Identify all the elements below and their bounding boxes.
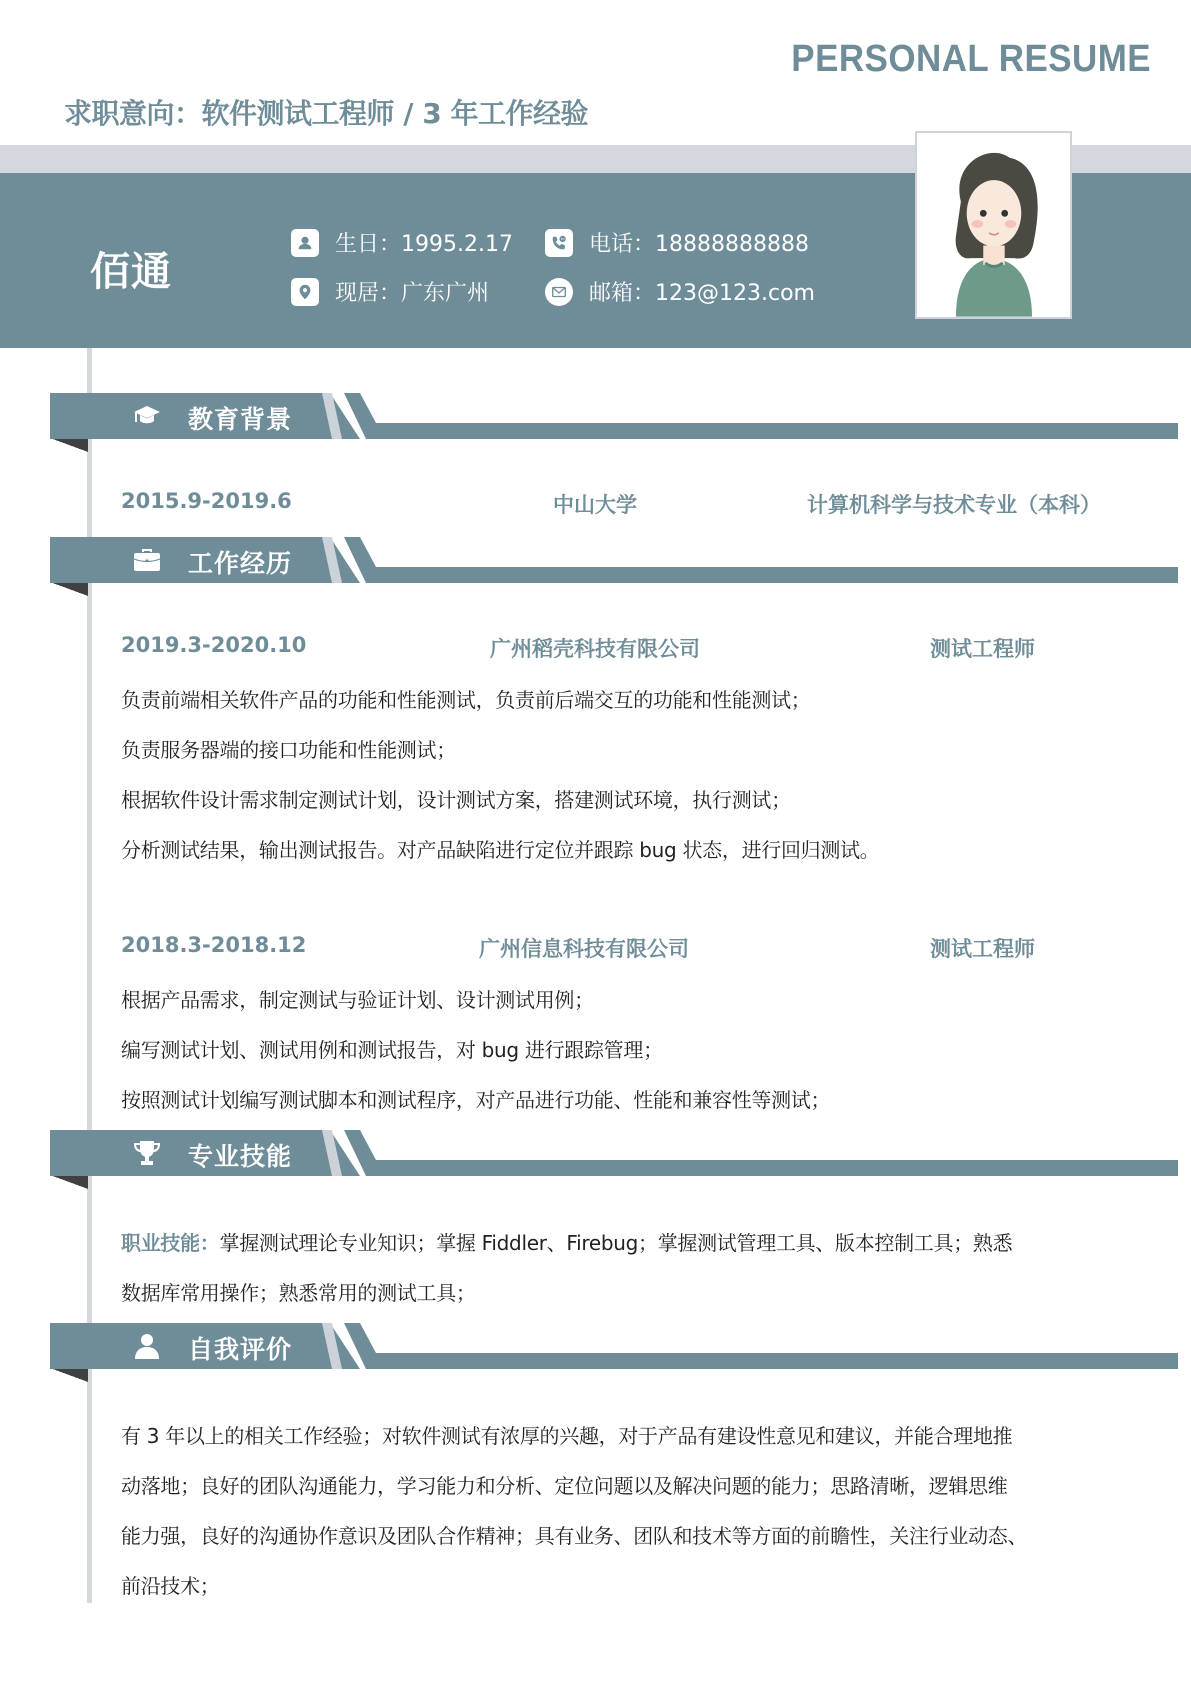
job-company: 广州信息科技有限公司 xyxy=(479,933,689,963)
birthday-text: 生日：1995.2.17 xyxy=(335,227,513,258)
job-duty: 分析测试结果，输出测试报告。对产品缺陷进行定位并跟踪 bug 状态，进行回归测试… xyxy=(121,834,879,863)
phone-icon xyxy=(545,229,573,257)
trophy-icon xyxy=(132,1139,162,1167)
job-role: 测试工程师 xyxy=(930,933,1035,963)
graduation-cap-icon xyxy=(132,402,162,430)
section-rule xyxy=(410,423,1178,439)
section-rule xyxy=(410,567,1178,583)
ribbon-fold xyxy=(50,438,88,452)
self-eval-line: 有 3 年以上的相关工作经验；对软件测试有浓厚的兴趣，对于产品有建设性意见和建议… xyxy=(121,1420,1012,1449)
envelope-icon xyxy=(545,278,573,306)
residence-text: 现居：广东广州 xyxy=(335,276,489,307)
candidate-name: 佰通 xyxy=(90,240,172,297)
education-major: 计算机科学与技术专业（本科） xyxy=(807,489,1101,519)
profile-photo xyxy=(915,131,1072,319)
job-duty: 负责前端相关软件产品的功能和性能测试，负责前后端交互的功能和性能测试； xyxy=(121,684,811,713)
section-rule xyxy=(410,1353,1178,1369)
briefcase-icon xyxy=(132,546,162,574)
job-duty: 按照测试计划编写测试脚本和测试程序，对产品进行功能、性能和兼容性等测试； xyxy=(121,1084,830,1113)
self-eval-line: 动落地；良好的团队沟通能力，学习能力和分析、定位问题以及解决问题的能力；思路清晰… xyxy=(121,1470,1008,1499)
education-period: 2015.9-2019.6 xyxy=(121,489,292,513)
ribbon-fold xyxy=(50,1175,88,1189)
job-duty: 编写测试计划、测试用例和测试报告，对 bug 进行跟踪管理； xyxy=(121,1034,663,1063)
skills-text: 掌握测试理论专业知识；掌握 Fiddler、Firebug；掌握测试管理工具、版… xyxy=(220,1231,1013,1255)
section-header-work: 工作经历 xyxy=(50,537,1130,607)
section-rule xyxy=(410,1160,1178,1176)
info-phone: 电话：18888888888 xyxy=(545,227,809,258)
ribbon-fold xyxy=(50,582,88,596)
skills-line-1: 职业技能：掌握测试理论专业知识；掌握 Fiddler、Firebug；掌握测试管… xyxy=(121,1227,1012,1256)
info-birthday: 生日：1995.2.17 xyxy=(291,227,513,258)
skills-label: 职业技能： xyxy=(121,1231,220,1255)
brand-title: PERSONAL RESUME xyxy=(791,38,1151,81)
phone-text: 电话：18888888888 xyxy=(589,227,809,258)
job-role: 测试工程师 xyxy=(930,633,1035,663)
info-email: 邮箱：123@123.com xyxy=(545,276,815,307)
location-pin-icon xyxy=(291,278,319,306)
job-duty: 负责服务器端的接口功能和性能测试； xyxy=(121,734,456,763)
info-residence: 现居：广东广州 xyxy=(291,276,489,307)
section-header-education: 教育背景 xyxy=(50,393,1130,463)
job-company: 广州稻壳科技有限公司 xyxy=(490,633,700,663)
job-period: 2019.3-2020.10 xyxy=(121,633,306,657)
section-title: 工作经历 xyxy=(188,544,292,580)
self-eval-line: 能力强，良好的沟通协作意识及团队合作精神；具有业务、团队和技术等方面的前瞻性，关… xyxy=(121,1520,1027,1549)
education-school: 中山大学 xyxy=(553,489,637,519)
self-eval-line: 前沿技术； xyxy=(121,1570,220,1599)
ribbon-fold xyxy=(50,1368,88,1382)
avatar-illustration xyxy=(917,133,1070,317)
job-period: 2018.3-2018.12 xyxy=(121,933,306,957)
section-title: 自我评价 xyxy=(188,1330,292,1366)
skills-line-2: 数据库常用操作；熟悉常用的测试工具； xyxy=(121,1277,476,1306)
section-title: 教育背景 xyxy=(188,400,292,436)
job-duty: 根据软件设计需求制定测试计划，设计测试方案，搭建测试环境，执行测试； xyxy=(121,784,791,813)
job-duty: 根据产品需求，制定测试与验证计划、设计测试用例； xyxy=(121,984,594,1013)
person-icon xyxy=(291,229,319,257)
section-title: 专业技能 xyxy=(188,1137,292,1173)
job-intent: 求职意向：软件测试工程师 / 3 年工作经验 xyxy=(64,92,588,132)
section-header-skills: 专业技能 xyxy=(50,1130,1130,1200)
section-header-self-eval: 自我评价 xyxy=(50,1323,1130,1393)
person-icon xyxy=(132,1332,162,1360)
email-text: 邮箱：123@123.com xyxy=(589,276,815,307)
